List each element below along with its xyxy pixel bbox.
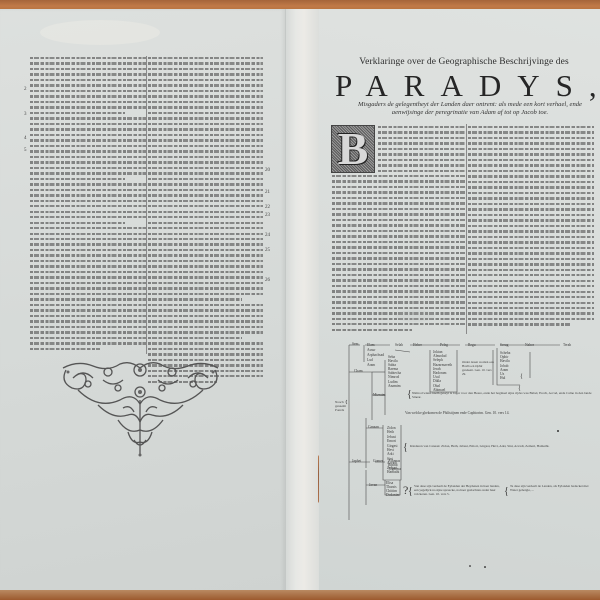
text-line — [30, 139, 146, 141]
text-line — [30, 293, 146, 295]
document-title-line: Verklaringe over de Geographische Beschr… — [348, 57, 580, 67]
ink-speck — [484, 566, 486, 568]
text-line — [30, 106, 146, 108]
paper-stain — [40, 20, 160, 45]
text-line — [148, 95, 263, 97]
text-line — [148, 309, 263, 311]
tree-note-islands: Van dese sijn verdeelt de Eylanden der H… — [414, 484, 504, 496]
text-line — [332, 224, 465, 226]
text-line — [468, 208, 594, 210]
floral-ornament-icon — [58, 360, 223, 460]
text-line — [148, 90, 263, 92]
tree-node: Assur — [367, 348, 375, 352]
text-line — [30, 79, 146, 81]
text-line — [30, 117, 146, 119]
text-line — [468, 181, 594, 183]
text-line — [148, 216, 263, 218]
text-line — [30, 320, 146, 322]
tree-note-canaan: Kinderen van Canaan: Zidon, Heth, Jebusi… — [410, 444, 596, 448]
text-line — [468, 126, 594, 128]
text-line — [378, 142, 465, 144]
tree-node: Serug — [500, 343, 508, 347]
text-line — [468, 159, 594, 161]
page-gutter — [285, 9, 319, 593]
text-line — [148, 139, 263, 141]
text-line — [468, 236, 594, 238]
text-line — [468, 274, 594, 276]
subtitle-line-1: Misgaders de gelegentheyt der Landen dae… — [345, 101, 595, 109]
text-line — [148, 183, 263, 185]
tree-node-mizraim: Mizraim — [373, 393, 385, 397]
text-line — [30, 128, 146, 130]
text-line — [148, 320, 263, 322]
text-line — [332, 296, 465, 298]
text-line — [468, 148, 594, 150]
column-divider — [466, 124, 467, 334]
text-line — [148, 167, 263, 169]
tree-note-nimrod: Nimrod wiens naem geseyt is Jager voor d… — [412, 391, 592, 399]
text-line — [148, 68, 263, 70]
text-line — [30, 200, 146, 202]
text-line — [332, 252, 465, 254]
text-line — [148, 128, 263, 130]
decorated-initial: B — [331, 125, 375, 173]
margin-number: 5 — [24, 148, 27, 153]
text-line — [30, 309, 146, 311]
text-line — [332, 208, 465, 210]
text-line — [30, 90, 146, 92]
text-line — [332, 241, 465, 243]
text-line — [332, 186, 465, 188]
text-line — [468, 197, 594, 199]
text-line — [30, 178, 125, 180]
text-line — [148, 161, 263, 163]
tree-node-canaan: Canaan — [368, 425, 379, 429]
text-line — [148, 150, 263, 152]
text-line — [468, 285, 594, 287]
text-line — [148, 265, 263, 267]
tree-node-list: JoktanAlmodadSelephHazarmavethJerahHador… — [433, 350, 452, 392]
text-line — [30, 68, 146, 70]
text-line — [30, 331, 146, 333]
text-line — [378, 131, 465, 133]
text-line — [30, 238, 146, 240]
text-line — [148, 233, 263, 235]
tree-node: Regu — [468, 343, 476, 347]
text-line — [30, 172, 146, 174]
text-line — [148, 331, 263, 333]
text-line — [30, 57, 146, 59]
tree-node: Togarma — [388, 467, 401, 471]
text-line — [30, 145, 146, 147]
text-line — [30, 276, 146, 278]
text-line — [468, 203, 594, 205]
text-line — [30, 134, 146, 136]
tree-node: Aram — [367, 363, 375, 367]
margin-number: 25 — [265, 248, 270, 253]
text-line — [148, 62, 263, 64]
text-line — [468, 230, 594, 232]
right-column-1-text — [378, 126, 465, 174]
ink-speck — [469, 565, 471, 567]
text-line — [332, 202, 465, 204]
text-line — [148, 271, 263, 273]
margin-number: 21 — [265, 190, 270, 195]
text-line — [30, 73, 146, 75]
text-line — [332, 191, 465, 193]
text-line — [148, 57, 263, 59]
text-line — [468, 186, 594, 188]
text-line — [30, 101, 146, 103]
tree-node-cham: Cham — [354, 369, 363, 373]
text-line — [30, 167, 146, 169]
text-line — [148, 260, 263, 262]
document-title: PARADYS, — [335, 68, 600, 104]
text-line — [468, 307, 594, 309]
text-line — [148, 134, 263, 136]
text-line — [148, 178, 263, 180]
text-line — [468, 219, 594, 221]
tree-node: Terah — [563, 343, 571, 347]
text-line — [332, 329, 412, 331]
text-line — [332, 197, 465, 199]
text-line — [378, 164, 465, 166]
text-line — [332, 230, 465, 232]
text-line — [148, 189, 263, 191]
text-line — [148, 342, 263, 344]
margin-number: 23 — [265, 213, 270, 218]
margin-number: 3 — [24, 112, 27, 117]
text-line — [148, 238, 263, 240]
text-line — [332, 301, 465, 303]
text-line — [148, 205, 263, 207]
tree-node: Peleg — [440, 343, 448, 347]
text-line — [468, 192, 594, 194]
text-line — [148, 348, 263, 350]
text-line — [468, 131, 594, 133]
tree-node: Anamim — [388, 384, 401, 388]
text-line — [30, 254, 146, 256]
text-line — [468, 175, 594, 177]
tree-node-list: SebaHavilaSabtaRaemaSabtechaNimrodLudimA… — [388, 355, 401, 388]
text-line — [468, 280, 594, 282]
text-line — [148, 315, 263, 317]
right-column-2-text — [468, 126, 594, 332]
text-line — [468, 312, 594, 314]
text-line — [378, 170, 465, 172]
text-line — [468, 296, 594, 298]
table-bottom-edge — [0, 590, 600, 600]
tree-node-javan: Javan — [369, 483, 377, 487]
text-line — [148, 276, 263, 278]
text-line — [148, 117, 263, 119]
text-line — [332, 285, 465, 287]
text-line — [30, 348, 100, 350]
tree-node: Dodanim — [386, 493, 399, 497]
drop-cap-letter: B — [338, 126, 369, 172]
text-line — [378, 126, 465, 128]
tree-node: Arphachsad — [367, 353, 384, 357]
margin-number: 20 — [265, 168, 270, 173]
text-line — [148, 282, 263, 284]
margin-number: 4 — [24, 136, 27, 141]
text-line — [148, 101, 263, 103]
text-line — [468, 323, 571, 325]
text-line — [332, 323, 465, 325]
text-line — [30, 216, 146, 218]
text-line — [30, 326, 146, 328]
text-line — [30, 249, 146, 251]
right-column-1-text-cont — [332, 175, 465, 333]
text-line — [468, 258, 594, 260]
text-line — [30, 304, 146, 306]
text-line — [332, 235, 465, 237]
margin-number: 26 — [265, 278, 270, 283]
text-line — [30, 189, 146, 191]
text-line — [332, 246, 465, 248]
text-line — [148, 73, 263, 75]
tree-node: Heber — [413, 343, 422, 347]
text-line — [378, 159, 465, 161]
text-line — [332, 180, 465, 182]
text-line — [148, 254, 263, 256]
text-line — [378, 137, 465, 139]
tree-node-list: ElisaTharsisChittimDodanim — [386, 481, 399, 497]
column-divider — [146, 56, 147, 354]
text-line — [332, 219, 465, 221]
text-line — [30, 211, 146, 213]
text-line — [30, 282, 146, 284]
text-line — [148, 194, 263, 196]
text-line — [30, 315, 146, 317]
tree-note-philistines: Van welcke ghekomen de Philistijnen ende… — [405, 411, 509, 415]
text-line — [332, 290, 465, 292]
text-line — [30, 227, 146, 229]
text-line — [148, 353, 263, 355]
text-line — [148, 200, 263, 202]
text-line — [468, 164, 594, 166]
text-line — [332, 279, 465, 281]
tree-node-gomer: Gomer — [373, 459, 383, 463]
text-line — [332, 263, 465, 265]
text-line — [30, 62, 146, 64]
text-line — [378, 148, 465, 150]
text-line — [30, 156, 146, 158]
text-line — [468, 247, 594, 249]
text-line — [30, 342, 146, 344]
text-line — [148, 326, 263, 328]
tree-node: Havila — [500, 359, 510, 363]
text-line — [332, 274, 465, 276]
tree-node: Lud — [367, 358, 373, 362]
text-line — [30, 298, 146, 300]
text-line — [148, 304, 263, 306]
text-line — [30, 271, 146, 273]
margin-number: 2 — [24, 87, 27, 92]
text-line — [30, 265, 146, 267]
tree-node-japhet: Japhet — [352, 459, 361, 463]
text-line — [30, 260, 146, 262]
margin-number: 22 — [265, 205, 270, 210]
text-line — [148, 337, 242, 339]
text-line — [468, 241, 594, 243]
text-line — [30, 95, 146, 97]
tree-note-lands: Te dese sijn verdeelt de Landen, als Eyl… — [510, 484, 596, 492]
tree-node: Selah — [395, 343, 403, 347]
text-line — [468, 137, 594, 139]
text-line — [148, 145, 263, 147]
subtitle-line-2: aenwijsinge der peregrinatie van Adam af… — [345, 109, 595, 117]
text-line — [148, 243, 263, 245]
text-line — [148, 84, 263, 86]
text-line — [30, 233, 146, 235]
paper-stain — [395, 310, 435, 322]
text-line — [148, 227, 263, 229]
text-line — [332, 268, 465, 270]
text-line — [468, 269, 594, 271]
margin-number: 24 — [265, 233, 270, 238]
text-line — [332, 213, 465, 215]
text-line — [148, 172, 263, 174]
text-line — [30, 150, 146, 152]
text-line — [148, 298, 242, 300]
text-line — [148, 156, 263, 158]
text-line — [468, 153, 594, 155]
left-column-1-text — [30, 57, 146, 352]
text-line — [148, 79, 263, 81]
text-line — [468, 263, 594, 265]
text-line — [30, 194, 146, 196]
tree-node-list: AskenasRiphatTogarma — [388, 459, 401, 472]
tree-node-list: SchebaOphirHavilaJobabAramUzHul — [500, 351, 510, 380]
text-line — [468, 291, 594, 293]
ink-speck — [557, 430, 559, 432]
text-line — [148, 249, 263, 251]
text-line — [30, 84, 146, 86]
text-line — [30, 183, 146, 185]
text-line — [30, 123, 146, 125]
text-line — [30, 287, 146, 289]
text-line — [468, 214, 594, 216]
document-subtitle: Misgaders de gelegentheyt der Landen dae… — [345, 101, 595, 117]
text-line — [148, 106, 263, 108]
text-line — [30, 337, 146, 339]
text-line — [468, 302, 594, 304]
text-line — [148, 211, 263, 213]
text-line — [30, 161, 146, 163]
text-line — [30, 222, 125, 224]
text-line — [468, 142, 594, 144]
text-line — [332, 257, 465, 259]
text-line — [148, 112, 263, 114]
text-line — [468, 170, 594, 172]
tree-node: Hul — [500, 376, 510, 380]
text-line — [148, 222, 263, 224]
text-line — [332, 307, 465, 309]
tree-node: Nahor — [525, 343, 534, 347]
text-line — [468, 252, 594, 254]
tree-root-label: Noach genaemt Ponrds — [335, 400, 351, 412]
text-line — [30, 243, 146, 245]
text-line — [148, 123, 263, 125]
text-line — [332, 175, 465, 177]
text-line — [148, 293, 263, 295]
text-line — [148, 287, 263, 289]
text-line — [30, 112, 125, 114]
left-column-2-text — [148, 57, 263, 387]
text-line — [468, 318, 594, 320]
tree-node: Nimrod — [388, 375, 401, 379]
tree-node-sem: Sem — [352, 342, 358, 346]
tree-node: Elam — [367, 343, 375, 347]
text-line — [378, 153, 465, 155]
tree-note: Onder desen worden ook Havila en Ophir g… — [462, 360, 494, 376]
text-line — [468, 225, 594, 227]
text-line — [30, 205, 146, 207]
